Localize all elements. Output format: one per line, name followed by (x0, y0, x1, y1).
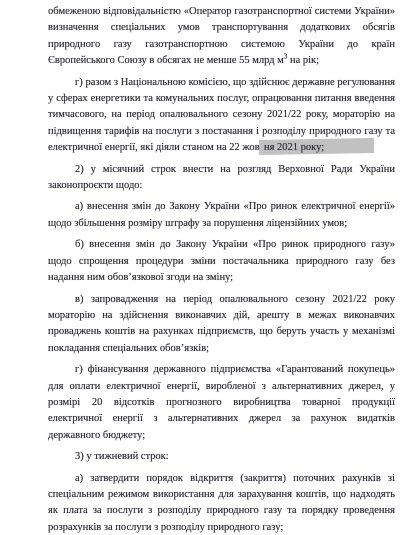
paragraph-item-a-accounts-procedure: а) затвердити порядок відкриття (закритт… (48, 471, 395, 535)
paragraph-item-2-monthly-term: 2) у місячний строк внести на розгляд Ве… (48, 162, 395, 195)
paragraph-item-3-weekly-term: 3) у тижневий строк: (48, 449, 395, 465)
scanned-document-page: обмеженою відповідальністю «Оператор газ… (0, 0, 403, 535)
paragraph-text: на рік; (287, 55, 319, 66)
paragraph-text: обмеженою відповідальністю «Оператор газ… (48, 6, 395, 66)
paragraph-intro: обмеженою відповідальністю «Оператор газ… (48, 4, 395, 70)
paragraph-item-g-guaranteed-buyer: г) фінансування державного підприємства … (48, 362, 395, 444)
paragraph-item-g-commission: г) разом з Національною комісією, що зді… (48, 75, 395, 157)
paragraph-item-b-gas-market-law: б) внесення змін до Закону України «Про … (48, 237, 395, 286)
paragraph-item-v-moratorium: в) запровадження на період опалювального… (48, 292, 395, 358)
paragraph-item-a-electricity-market-law: а) внесення змін до Закону України «Про … (48, 199, 395, 232)
gray-highlight-marker: ня 2021 року; (264, 142, 324, 153)
